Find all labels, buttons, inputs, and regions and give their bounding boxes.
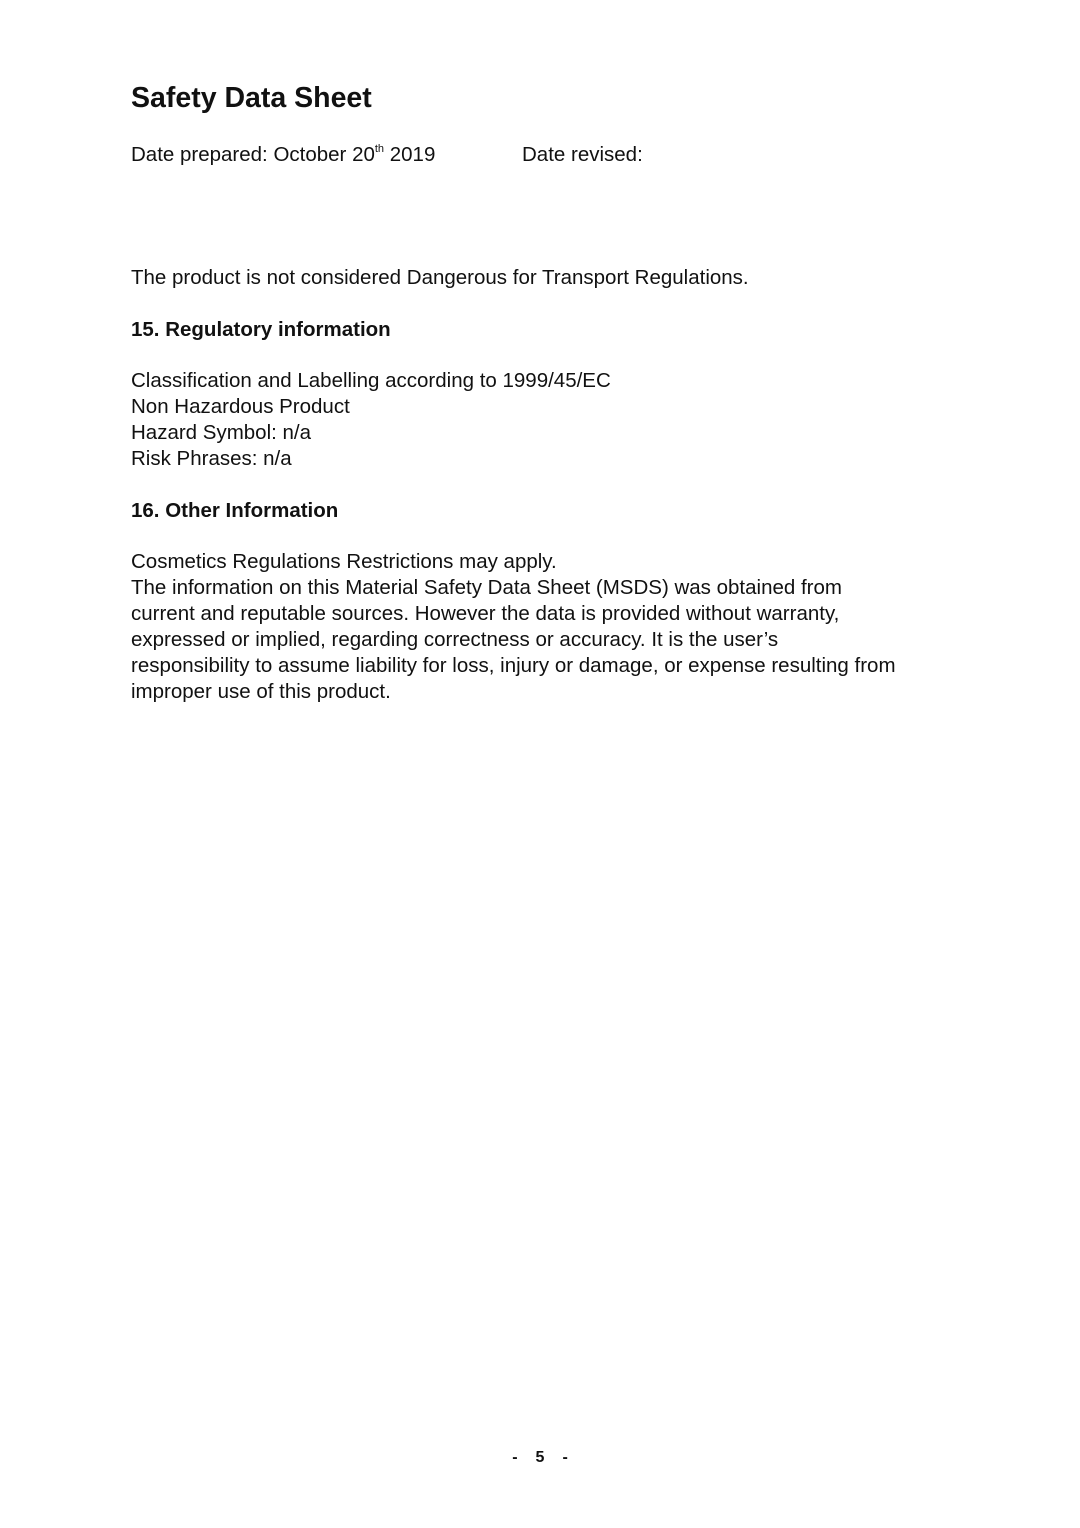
date-prepared-label: Date prepared: October 20 — [131, 143, 375, 166]
date-revised: Date revised: — [522, 142, 643, 168]
classification-line: Classification and Labelling according t… — [131, 368, 611, 394]
footer-dash: - — [562, 1449, 567, 1466]
section-16-line: The information on this Material Safety … — [131, 575, 896, 601]
hazard-status-line: Non Hazardous Product — [131, 394, 611, 420]
section-16-body: Cosmetics Regulations Restrictions may a… — [131, 549, 896, 705]
section-16-line: Cosmetics Regulations Restrictions may a… — [131, 549, 896, 575]
page-number: 5 — [536, 1449, 545, 1466]
section-16-heading: 16. Other Information — [131, 498, 338, 524]
section-15-heading: 15. Regulatory information — [131, 317, 391, 343]
section-16-line: improper use of this product. — [131, 679, 896, 705]
date-line: Date prepared: October 20th 2019 Date re… — [131, 142, 435, 168]
footer-dash: - — [512, 1449, 517, 1466]
ordinal-suffix: th — [375, 143, 384, 155]
section-15-body: Classification and Labelling according t… — [131, 368, 611, 472]
section-16-line: current and reputable sources. However t… — [131, 601, 896, 627]
hazard-symbol-line: Hazard Symbol: n/a — [131, 420, 611, 446]
transport-statement: The product is not considered Dangerous … — [131, 265, 749, 291]
date-prepared-year: 2019 — [384, 143, 435, 166]
document-title: Safety Data Sheet — [131, 80, 372, 116]
section-16-line: expressed or implied, regarding correctn… — [131, 627, 896, 653]
date-prepared: Date prepared: October 20th 2019 — [131, 143, 435, 166]
section-16-line: responsibility to assume liability for l… — [131, 653, 896, 679]
page-footer: -5- — [0, 1449, 1080, 1467]
risk-phrases-line: Risk Phrases: n/a — [131, 446, 611, 472]
